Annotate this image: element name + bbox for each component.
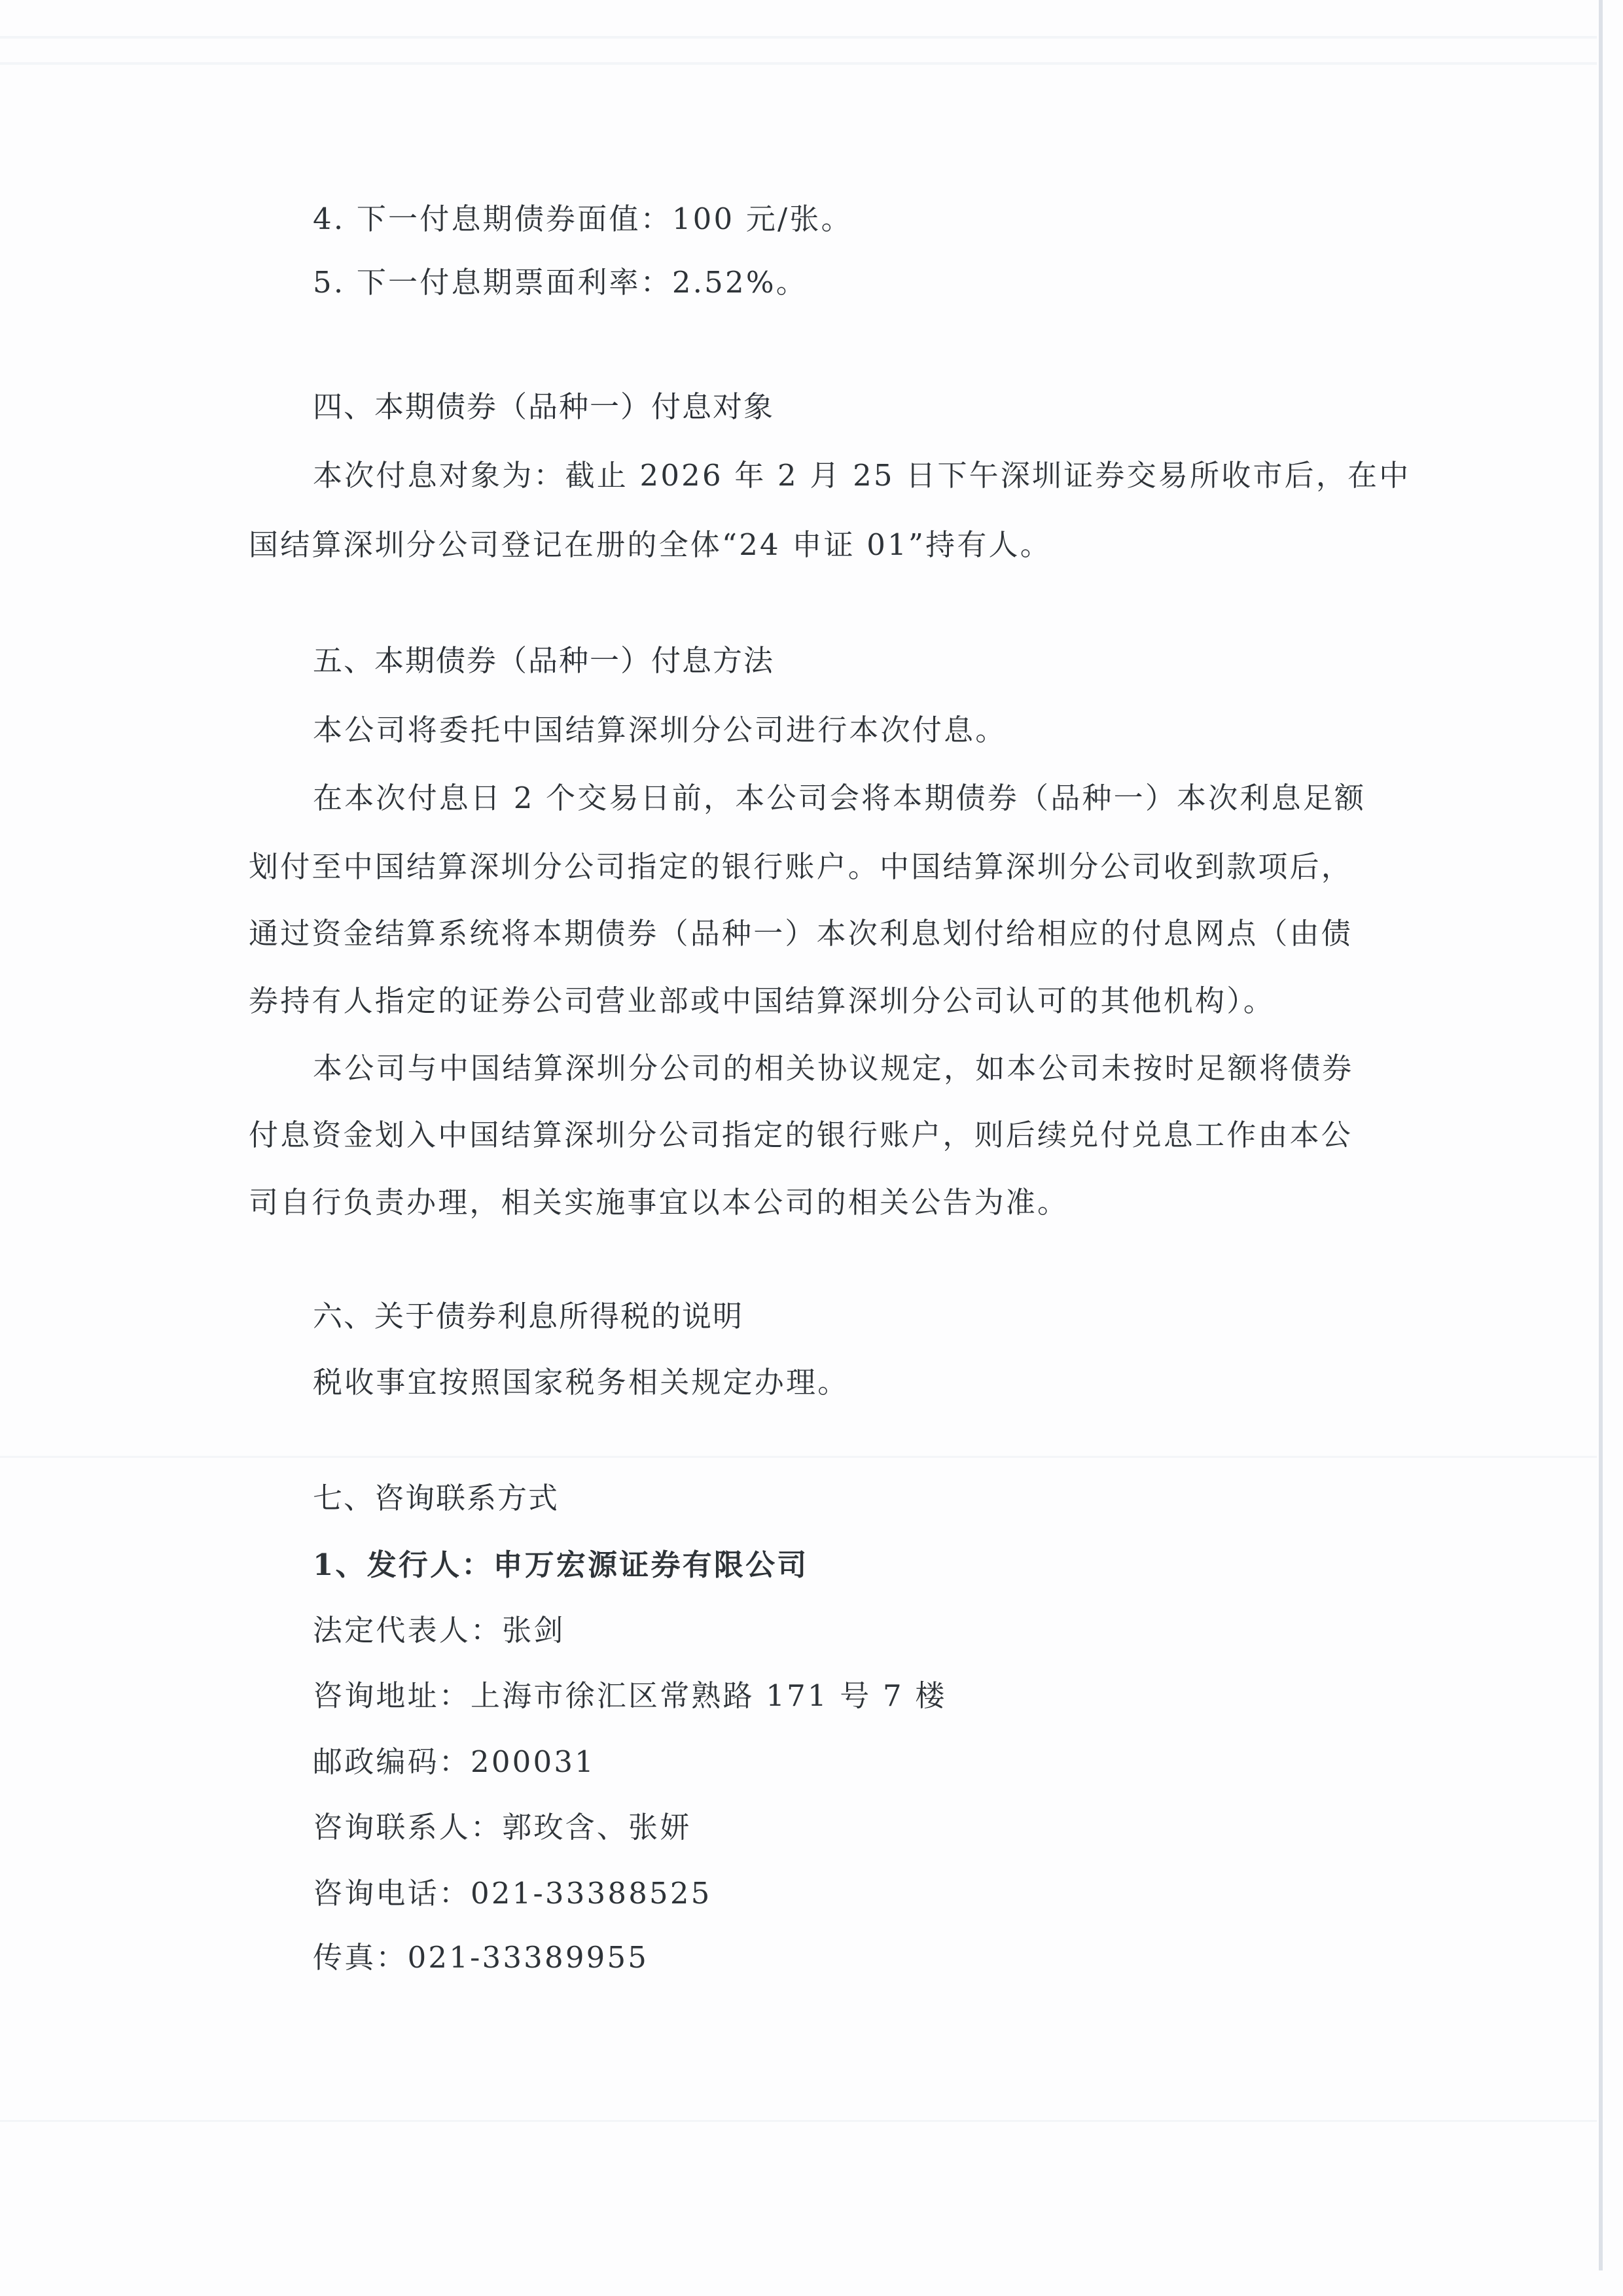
issuer-line: 1、发行人：申万宏源证券有限公司 xyxy=(313,1545,1368,1585)
section-heading-6: 六、关于债券利息所得税的说明 xyxy=(313,1297,1368,1336)
list-item-face-value: 4. 下一付息期债券面值：100 元/张。 xyxy=(313,200,1368,239)
paragraph-line: 本公司与中国结算深圳分公司的相关协议规定，如本公司未按时足额将债券 xyxy=(313,1049,1368,1088)
document-page: 4. 下一付息期债券面值：100 元/张。 5. 下一付息期票面利率：2.52%… xyxy=(0,0,1623,2296)
paragraph-line: 通过资金结算系统将本期债券（品种一）本次利息划付给相应的付息网点（由债 xyxy=(249,914,1368,953)
contact-legal-rep: 法定代表人：张剑 xyxy=(313,1611,1368,1650)
section-heading-5: 五、本期债券（品种一）付息方法 xyxy=(313,641,1368,680)
paragraph-line: 在本次付息日 2 个交易日前，本公司会将本期债券（品种一）本次利息足额 xyxy=(313,779,1368,818)
paragraph-line: 付息资金划入中国结算深圳分公司指定的银行账户，则后续兑付兑息工作由本公 xyxy=(249,1116,1368,1155)
paragraph-line: 本次付息对象为：截止 2026 年 2 月 25 日下午深圳证券交易所收市后，在… xyxy=(313,456,1368,495)
scan-noise xyxy=(0,36,1597,39)
contact-persons: 咨询联系人：郭玫含、张妍 xyxy=(313,1808,1368,1847)
section-heading-4: 四、本期债券（品种一）付息对象 xyxy=(313,387,1368,427)
paragraph-line: 国结算深圳分公司登记在册的全体“24 申证 01”持有人。 xyxy=(249,525,1368,565)
contact-postcode: 邮政编码：200031 xyxy=(313,1742,1368,1782)
section-heading-7: 七、咨询联系方式 xyxy=(313,1479,1368,1518)
paragraph-line: 司自行负责办理，相关实施事宜以本公司的相关公告为准。 xyxy=(249,1183,1368,1222)
list-item-coupon-rate: 5. 下一付息期票面利率：2.52%。 xyxy=(313,263,1368,302)
paragraph-line: 本公司将委托中国结算深圳分公司进行本次付息。 xyxy=(313,711,1368,750)
contact-address: 咨询地址：上海市徐汇区常熟路 171 号 7 楼 xyxy=(313,1676,1368,1716)
scan-noise xyxy=(0,62,1597,65)
paragraph-line: 划付至中国结算深圳分公司指定的银行账户。中国结算深圳分公司收到款项后， xyxy=(249,847,1368,887)
scan-noise xyxy=(0,2120,1597,2122)
contact-fax: 传真：021-33389955 xyxy=(313,1938,1368,1977)
paragraph-line: 税收事宜按照国家税务相关规定办理。 xyxy=(313,1363,1368,1402)
scan-noise xyxy=(0,1456,1597,1458)
paragraph-line: 券持有人指定的证券公司营业部或中国结算深圳分公司认可的其他机构）。 xyxy=(249,981,1368,1021)
scan-edge-line xyxy=(1599,0,1603,2270)
contact-phone: 咨询电话：021-33388525 xyxy=(313,1874,1368,1913)
